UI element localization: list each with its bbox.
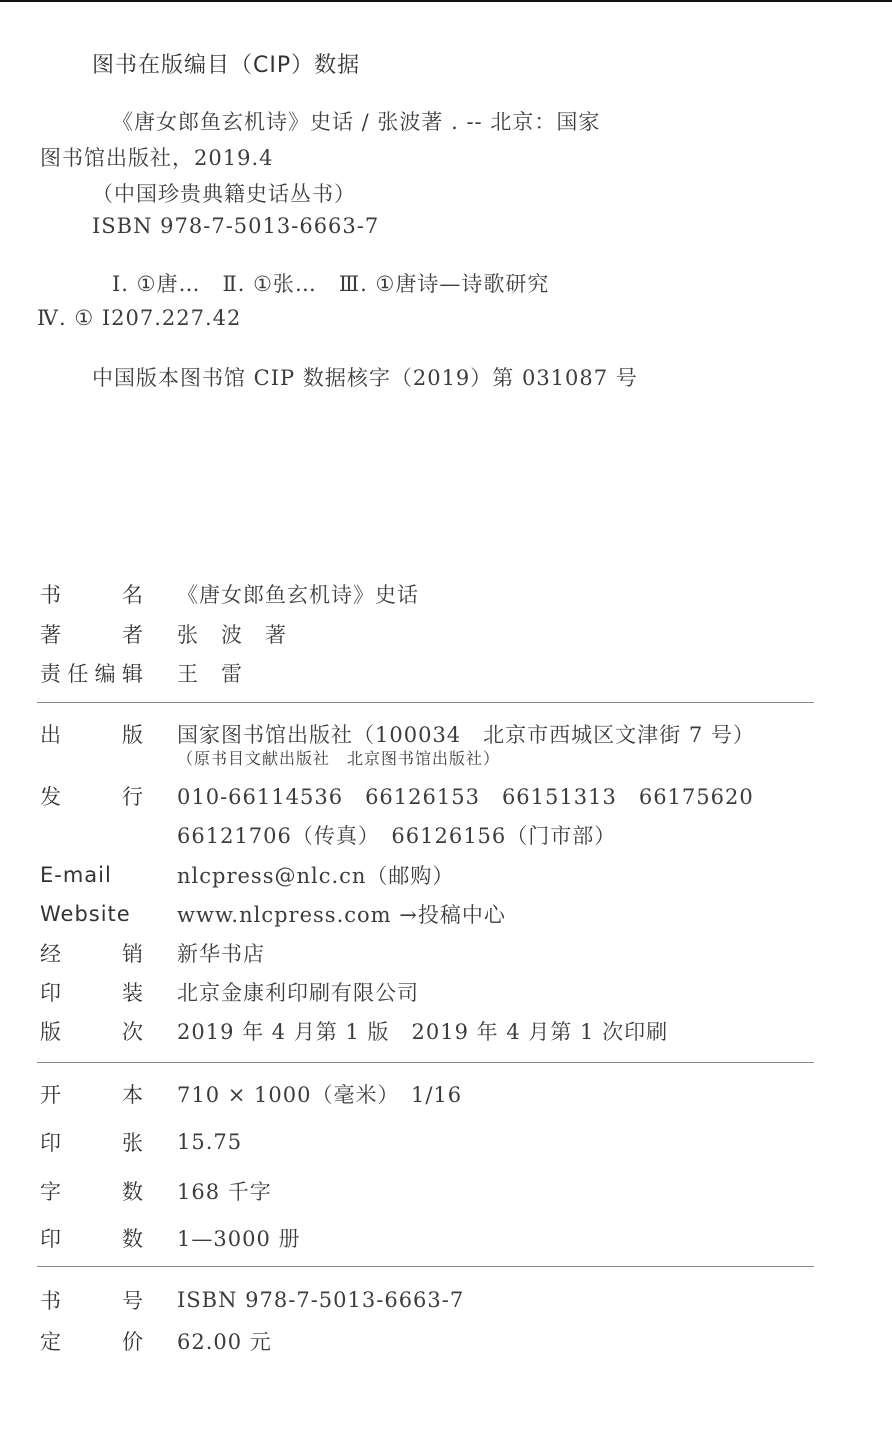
label-distribution: 发行	[40, 781, 143, 811]
cip-line-series: （中国珍贵典籍史话丛书）	[92, 178, 356, 208]
label-sheets: 印张	[40, 1127, 143, 1157]
row-book-title: 书名 《唐女郎鱼玄机诗》史话	[40, 580, 143, 608]
label-author: 著者	[40, 619, 143, 649]
label-price: 定价	[40, 1326, 143, 1356]
value-book-title: 《唐女郎鱼玄机诗》史话	[177, 579, 419, 609]
cip-line-title: 《唐女郎鱼玄机诗》史话 / 张波著 . -- 北京：国家	[112, 106, 600, 136]
value-author: 张 波 著	[177, 619, 287, 649]
label-edition: 版次	[40, 1016, 143, 1046]
cip-line-subjects: Ⅰ. ①唐… Ⅱ. ①张… Ⅲ. ①唐诗—诗歌研究	[112, 268, 549, 298]
row-format: 开本 710 × 1000（毫米） 1/16	[40, 1080, 143, 1108]
label-website: Website	[40, 902, 143, 926]
value-distribution-phones: 010-66114536 66126153 66151313 66175620	[177, 781, 754, 811]
row-printer: 印装 北京金康利印刷有限公司	[40, 978, 143, 1006]
row-sheets: 印张 15.75	[40, 1128, 143, 1156]
value-distribution-fax: 66121706（传真） 66126156（门市部）	[177, 820, 616, 850]
label-print-run: 印数	[40, 1223, 143, 1253]
value-publisher: 国家图书馆出版社（100034 北京市西城区文津街 7 号）	[177, 719, 755, 749]
value-print-run: 1—3000 册	[177, 1223, 300, 1253]
row-publisher: 出版 国家图书馆出版社（100034 北京市西城区文津街 7 号）	[40, 720, 143, 748]
label-book-title: 书名	[40, 579, 143, 609]
row-isbn: 书号 ISBN 978-7-5013-6663-7	[40, 1286, 143, 1314]
row-seller: 经销 新华书店	[40, 939, 143, 967]
cip-line-record-number: 中国版本图书馆 CIP 数据核字（2019）第 031087 号	[92, 362, 638, 392]
value-email[interactable]: nlcpress@nlc.cn（邮购）	[177, 860, 454, 890]
cip-line-classification: Ⅳ. ① I207.227.42	[37, 306, 241, 330]
row-print-run: 印数 1—3000 册	[40, 1224, 143, 1252]
row-editor: 责任编辑 王 雷	[40, 659, 143, 687]
row-price: 定价 62.00 元	[40, 1327, 143, 1355]
value-editor: 王 雷	[177, 658, 243, 688]
value-format: 710 × 1000（毫米） 1/16	[177, 1079, 462, 1109]
label-editor: 责任编辑	[40, 658, 143, 688]
divider-1	[37, 702, 814, 703]
divider-3	[37, 1266, 814, 1267]
divider-2	[37, 1062, 814, 1063]
value-price: 62.00 元	[177, 1326, 272, 1356]
value-sheets: 15.75	[177, 1130, 242, 1154]
row-edition: 版次 2019 年 4 月第 1 版 2019 年 4 月第 1 次印刷	[40, 1017, 143, 1045]
label-publisher: 出版	[40, 719, 143, 749]
row-author: 著者 张 波 著	[40, 620, 143, 648]
value-isbn: ISBN 978-7-5013-6663-7	[177, 1288, 464, 1312]
label-email: E-mail	[40, 863, 143, 887]
cip-line-publisher: 图书馆出版社，2019.4	[40, 142, 273, 172]
label-format: 开本	[40, 1079, 143, 1109]
row-email: E-mail nlcpress@nlc.cn（邮购）	[40, 861, 143, 889]
row-word-count: 字数 168 千字	[40, 1177, 143, 1205]
value-publisher-note: （原书目文献出版社 北京图书馆出版社）	[177, 746, 500, 769]
top-border-line	[0, 0, 892, 2]
value-edition: 2019 年 4 月第 1 版 2019 年 4 月第 1 次印刷	[177, 1016, 668, 1046]
value-seller: 新华书店	[177, 938, 265, 968]
label-printer: 印装	[40, 977, 143, 1007]
cip-line-isbn: ISBN 978-7-5013-6663-7	[92, 214, 379, 238]
row-website: Website www.nlcpress.com →投稿中心	[40, 900, 143, 928]
label-seller: 经销	[40, 938, 143, 968]
cip-heading: 图书在版编目（CIP）数据	[92, 48, 360, 79]
label-isbn: 书号	[40, 1285, 143, 1315]
row-distribution: 发行 010-66114536 66126153 66151313 661756…	[40, 782, 143, 810]
value-word-count: 168 千字	[177, 1176, 272, 1206]
value-website[interactable]: www.nlcpress.com →投稿中心	[177, 899, 506, 929]
label-word-count: 字数	[40, 1176, 143, 1206]
value-printer: 北京金康利印刷有限公司	[177, 977, 419, 1007]
